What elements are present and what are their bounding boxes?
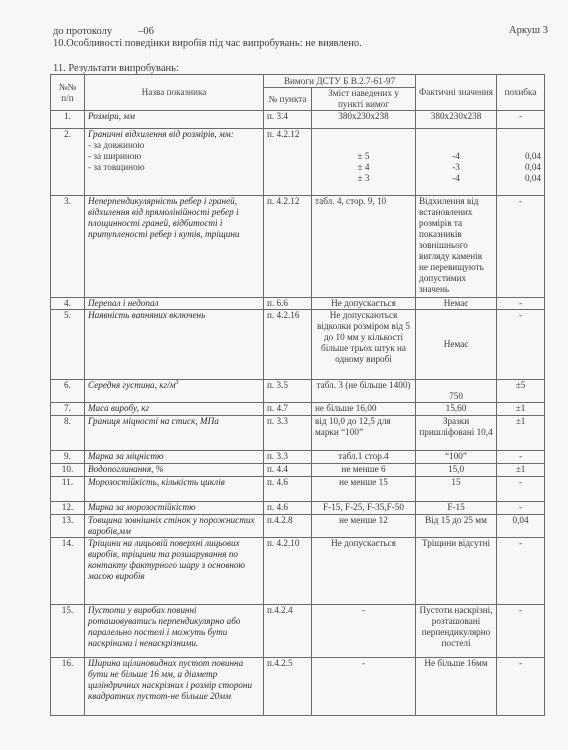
requirement-content: - (312, 658, 416, 716)
indicator-name: Ширина щілиновидних пустот повинна бути … (85, 658, 264, 716)
indicator-name-text: Границя міцності на стиск, МПа (88, 416, 219, 426)
clause-number: п.4.2.5 (264, 658, 312, 716)
row-number: 9. (51, 451, 85, 464)
requirement-content: табл. 4, стор. 9, 10 (312, 196, 416, 298)
spacer (500, 140, 541, 151)
actual-value: 15,0 (416, 464, 497, 477)
tolerance-value: ±1 (497, 403, 545, 416)
actual-value: Зразки пришліфовані 10,4 (416, 416, 497, 451)
row-number: 3. (51, 196, 85, 298)
indicator-name-text: Марка за морозостійкістю (88, 502, 196, 512)
indicator-subitem: - за довжиною (88, 140, 260, 151)
requirement-content: Не допускається (312, 298, 416, 310)
table-row: 14.Тріщини на лицьовій поверхні лицьових… (51, 538, 545, 605)
indicator-name-text: Маса виробу, кг (88, 403, 149, 413)
table-row: 2.Граничні відхилення від розмірів, мм:-… (51, 129, 545, 196)
tolerance-value: - (497, 451, 545, 464)
header-name: Назва показника (85, 75, 264, 111)
indicator-name: Морозостійкість, кількість циклів (85, 477, 264, 502)
spacer (419, 129, 493, 140)
tolerance-value: 0,040,040,04 (497, 129, 545, 196)
header-num: №№ п/п (51, 75, 85, 111)
tolerance-value: - (497, 111, 545, 129)
requirement-content: - (312, 605, 416, 658)
tolerance-value: - (497, 605, 545, 658)
indicator-name: Розміри, мм (85, 111, 264, 129)
clause-number: п. 4.6 (264, 477, 312, 502)
table-row: 9.Марка за міцністюп. 3.3табл.1 стор.4“1… (51, 451, 545, 464)
row-number: 11. (51, 477, 85, 502)
spacer (419, 140, 493, 151)
requirement-content: 380x230x238 (312, 111, 416, 129)
clause-number: п.4.2.8 (264, 515, 312, 538)
clause-number: п. 4.2.10 (264, 538, 312, 605)
indicator-subitem: - за шириною (88, 151, 260, 162)
indicator-name-text: Водопоглинання, % (88, 464, 163, 474)
row-number: 4. (51, 298, 85, 310)
tolerance-value: - (497, 477, 545, 502)
actual-value: Немає (416, 310, 497, 380)
indicator-name-text: Середня густина, кг/м (88, 380, 176, 390)
tolerance-value: - (497, 538, 545, 605)
indicator-name-text: Неперпендикулярність ребер і граней, від… (88, 196, 239, 239)
tolerance-value: ±1 (497, 464, 545, 477)
table-row: 10.Водопоглинання, %п. 4.4не менше 615,0… (51, 464, 545, 477)
indicator-name-text: Тріщини на лицьовій поверхні лицьових ви… (88, 538, 245, 581)
table-row: 11.Морозостійкість, кількість циклівп. 4… (51, 477, 545, 502)
results-table-body: 1.Розміри, ммп. 3.4380x230x238380x230x23… (51, 111, 545, 716)
tolerance-value: 0,04 (497, 515, 545, 538)
superscript: 3 (176, 380, 179, 386)
indicator-name: Неперпендикулярність ребер і граней, від… (85, 196, 264, 298)
actual-value: Тріщини відсутні (416, 538, 497, 605)
tolerance-value: - (497, 196, 545, 298)
indicator-name: Середня густина, кг/м3 (85, 380, 264, 403)
clause-number: п. 3.4 (264, 111, 312, 129)
requirement-content: не більше 16,00 (312, 403, 416, 416)
actual-item: -4 (419, 151, 493, 162)
requirement-content: не менше 15 (312, 477, 416, 502)
clause-number: п. 4.2.16 (264, 310, 312, 380)
indicator-name: Тріщини на лицьовій поверхні лицьових ви… (85, 538, 264, 605)
indicator-name: Пустоти у виробах повинні роташовуватись… (85, 605, 264, 658)
actual-value: 380x230x238 (416, 111, 497, 129)
clause-number: п. 4.6 (264, 502, 312, 515)
indicator-name-text: Граничні відхилення від розмірів, мм: (88, 129, 234, 139)
results-table: №№ п/п Назва показника Вимоги ДСТУ Б В.2… (50, 74, 545, 716)
clause-number: п. 6.6 (264, 298, 312, 310)
indicator-name: Границя міцності на стиск, МПа (85, 416, 264, 451)
header-tolerance: похибка (497, 75, 545, 111)
indicator-name-text: Товщина зовнішніх стінок у порожнистих в… (88, 515, 255, 536)
indicator-name: Маса виробу, кг (85, 403, 264, 416)
tolerance-item: 0,04 (500, 162, 541, 173)
protocol-number: –06 (138, 26, 154, 37)
actual-value: Від 15 до 25 мм (416, 515, 497, 538)
row-number: 16. (51, 658, 85, 716)
requirement-content: табл.1 стор.4 (312, 451, 416, 464)
requirement-content: Не допускається (312, 538, 416, 605)
requirement-content: Не допускаються відколки розміром від 5 … (312, 310, 416, 380)
document-page: до протоколу–06 Аркуш 3 10.Особливості п… (0, 0, 568, 750)
actual-value: “100” (416, 451, 497, 464)
table-row: 4.Перепал і недопалп. 6.6Не допускається… (51, 298, 545, 310)
actual-value: Не більше 16мм (416, 658, 497, 716)
requirement-content: табл. 3 (не більше 1400) (312, 380, 416, 403)
table-row: 3.Неперпендикулярність ребер і граней, в… (51, 196, 545, 298)
row-number: 1. (51, 111, 85, 129)
sheet-number: Аркуш 3 (509, 25, 548, 36)
actual-value: Відхилення від встановлених розмірів та … (416, 196, 497, 298)
indicator-name-text: Морозостійкість, кількість циклів (88, 477, 225, 487)
row-number: 13. (51, 515, 85, 538)
requirement-item: ± 3 (315, 173, 412, 184)
tolerance-value: - (497, 298, 545, 310)
table-row: 1.Розміри, ммп. 3.4380x230x238380x230x23… (51, 111, 545, 129)
tolerance-value: ±1 (497, 416, 545, 451)
indicator-subitem: - за товщиною (88, 162, 260, 173)
indicator-name: Перепал і недопал (85, 298, 264, 310)
requirement-content: не менше 12 (312, 515, 416, 538)
clause-number: п. 4.2.12 (264, 196, 312, 298)
row-number: 7. (51, 403, 85, 416)
row-number: 10. (51, 464, 85, 477)
requirement-content: F-15, F-25, F-35,F-50 (312, 502, 416, 515)
header-actual: Фактичні значення (416, 75, 497, 111)
spacer (315, 140, 412, 151)
table-row: 15.Пустоти у виробах повинні роташовуват… (51, 605, 545, 658)
row-number: 15. (51, 605, 85, 658)
clause-number: п. 4.2.12 (264, 129, 312, 196)
tolerance-item: 0,04 (500, 173, 541, 184)
requirement-item: ± 4 (315, 162, 412, 173)
indicator-name: Водопоглинання, % (85, 464, 264, 477)
header-requirements: Вимоги ДСТУ Б В.2.7-61-97 (264, 75, 416, 88)
indicator-name-text: Наявність вапняних включень (88, 310, 205, 320)
table-row: 6.Середня густина, кг/м3п. 3.5табл. 3 (н… (51, 380, 545, 403)
row-number: 2. (51, 129, 85, 196)
clause-number: п.4.2.4 (264, 605, 312, 658)
row-number: 8. (51, 416, 85, 451)
clause-number: п. 3.5 (264, 380, 312, 403)
actual-value: 15,60 (416, 403, 497, 416)
indicator-name-text: Розміри, мм (88, 111, 135, 121)
actual-value: -4-3-4 (416, 129, 497, 196)
actual-value: F-15 (416, 502, 497, 515)
indicator-name: Граничні відхилення від розмірів, мм:- з… (85, 129, 264, 196)
spacer (315, 129, 412, 140)
indicator-name: Товщина зовнішніх стінок у порожнистих в… (85, 515, 264, 538)
table-row: 16.Ширина щілиновидних пустот повинна бу… (51, 658, 545, 716)
section-11-title: 11. Результати випробувань: (53, 63, 179, 74)
section-10-text: 10.Особливості поведінки виробів під час… (53, 38, 362, 49)
indicator-name-text: Марка за міцністю (88, 451, 163, 461)
table-row: 13.Товщина зовнішніх стінок у порожнисти… (51, 515, 545, 538)
clause-number: п. 3.3 (264, 416, 312, 451)
tolerance-value: - (497, 310, 545, 380)
clause-number: п. 4.4 (264, 464, 312, 477)
actual-value: Пустоти наскрізні, розташовані перпендик… (416, 605, 497, 658)
row-number: 6. (51, 380, 85, 403)
tolerance-value: - (497, 502, 545, 515)
table-row: 8.Границя міцності на стиск, МПап. 3.3ві… (51, 416, 545, 451)
tolerance-value: - (497, 658, 545, 716)
table-row: 5.Наявність вапняних включеньп. 4.2.16Не… (51, 310, 545, 380)
indicator-name: Наявність вапняних включень (85, 310, 264, 380)
table-row: 12.Марка за морозостійкістюп. 4.6F-15, F… (51, 502, 545, 515)
actual-item: -4 (419, 173, 493, 184)
header-content: Зміст наведених у пункті вимог (312, 88, 416, 111)
indicator-name: Марка за морозостійкістю (85, 502, 264, 515)
requirement-content: від 10,0 до 12,5 для марки “100” (312, 416, 416, 451)
header-clause: № пункта (264, 88, 312, 111)
requirement-content: не менше 6 (312, 464, 416, 477)
indicator-name: Марка за міцністю (85, 451, 264, 464)
row-number: 14. (51, 538, 85, 605)
indicator-name-text: Перепал і недопал (88, 298, 159, 308)
tolerance-item: 0,04 (500, 151, 541, 162)
indicator-name-text: Ширина щілиновидних пустот повинна бути … (88, 658, 252, 701)
actual-value: Немає (416, 298, 497, 310)
requirement-content: ± 5± 4± 3 (312, 129, 416, 196)
protocol-reference: до протоколу–06 (53, 26, 154, 37)
actual-value: 750 (416, 380, 497, 403)
actual-value: 15 (416, 477, 497, 502)
requirement-item: ± 5 (315, 151, 412, 162)
tolerance-value: ±5 (497, 380, 545, 403)
indicator-name-text: Пустоти у виробах повинні роташовуватись… (88, 605, 240, 648)
row-number: 12. (51, 502, 85, 515)
actual-item: -3 (419, 162, 493, 173)
row-number: 5. (51, 310, 85, 380)
table-row: 7.Маса виробу, кгп. 4.7не більше 16,0015… (51, 403, 545, 416)
protocol-label: до протоколу (53, 26, 112, 37)
clause-number: п. 4.7 (264, 403, 312, 416)
spacer (500, 129, 541, 140)
clause-number: п. 3.3 (264, 451, 312, 464)
